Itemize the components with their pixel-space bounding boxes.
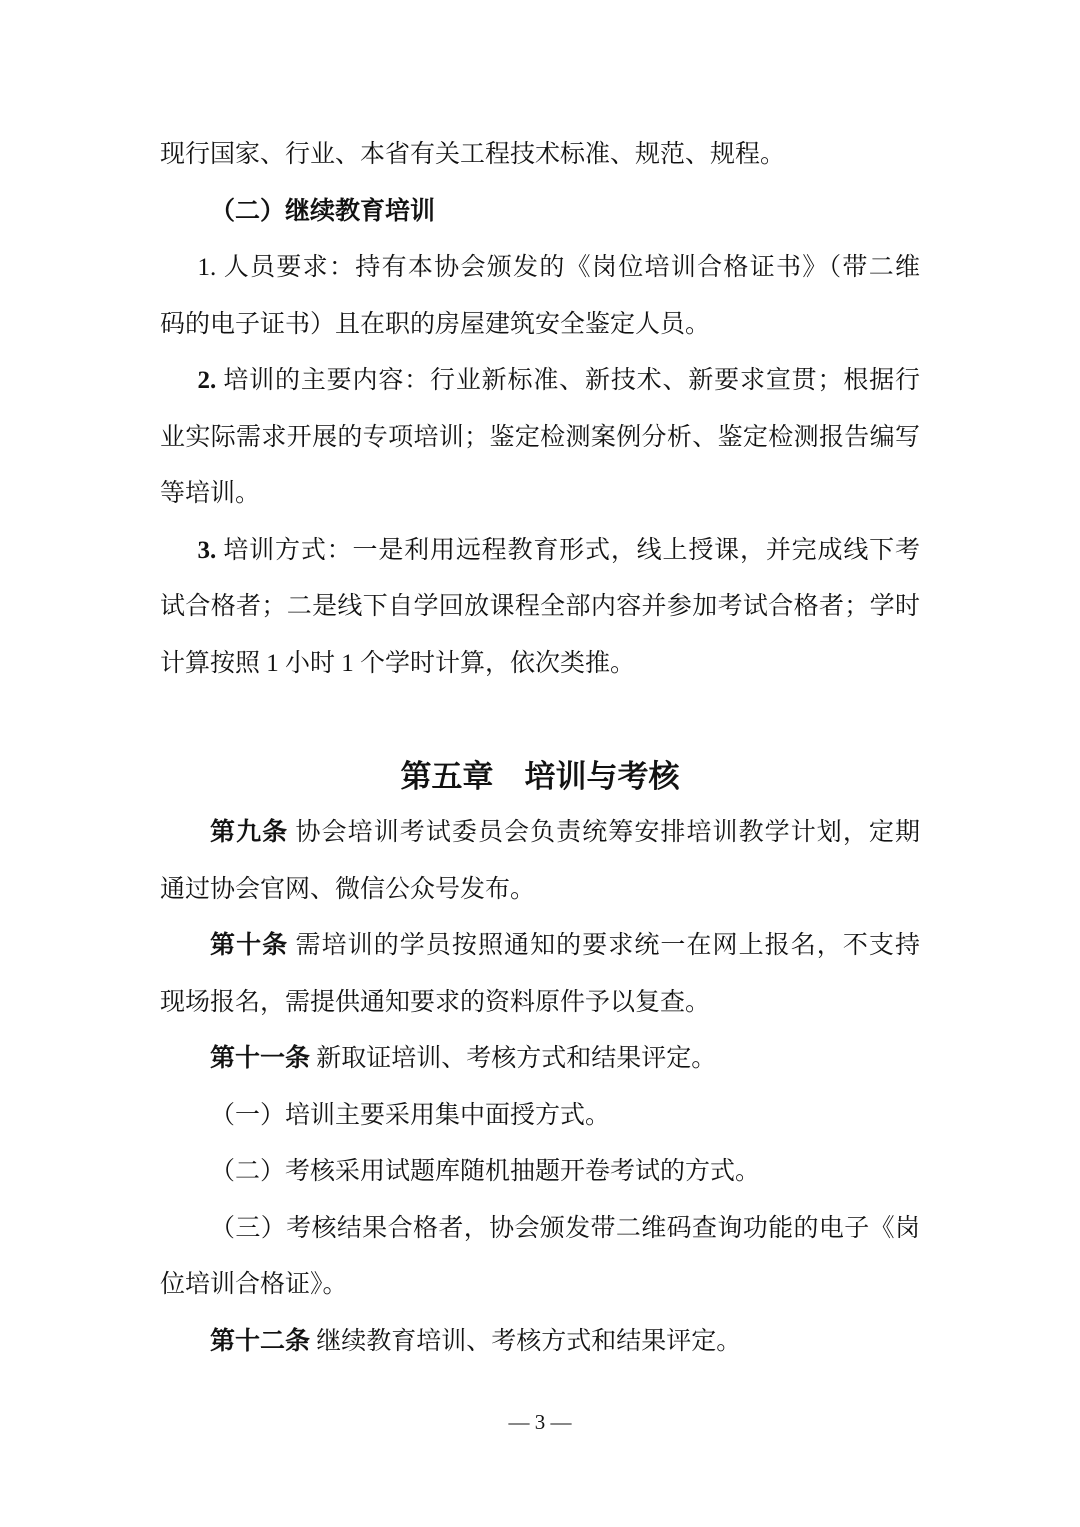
page-number: — 3 — [509, 1410, 572, 1434]
text-segment: 试合格者；二是线下自学回放课程全部内容并参加考试合格者；学时 [160, 593, 920, 620]
text-line-16: 现场报名，需提供通知要求的资料原件予以复查。 [160, 975, 920, 1032]
text-line-4: 码的电子证书）且在职的房屋建筑安全鉴定人员。 [160, 297, 920, 354]
text-segment: 位培训合格证》。 [160, 1271, 348, 1298]
page-footer: — 3 — [0, 1410, 1080, 1435]
text-line-7: 等培训。 [160, 466, 920, 523]
bold-text-segment: 第十条 [210, 932, 288, 959]
text-segment: 业实际需求开展的专项培训；鉴定检测案例分析、鉴定检测报告编写 [160, 424, 920, 451]
text-segment: （三）考核结果合格者，协会颁发带二维码查询功能的电子《岗 [210, 1215, 920, 1242]
text-line-5: 2. 培训的主要内容：行业新标准、新技术、新要求宣贯；根据行 [160, 353, 920, 410]
bold-text-segment: 第十一条 [210, 1045, 310, 1072]
text-segment: 培训方式：一是利用远程教育形式，线上授课，并完成线下考 [216, 537, 920, 564]
text-segment: 码的电子证书）且在职的房屋建筑安全鉴定人员。 [160, 311, 710, 338]
text-line-15: 第十条 需培训的学员按照通知的要求统一在网上报名，不支持 [160, 918, 920, 975]
text-line-9: 试合格者；二是线下自学回放课程全部内容并参加考试合格者；学时 [160, 579, 920, 636]
text-line-6: 业实际需求开展的专项培训；鉴定检测案例分析、鉴定检测报告编写 [160, 410, 920, 467]
text-segment: 培训的主要内容：行业新标准、新技术、新要求宣贯；根据行 [216, 367, 920, 394]
text-segment: 1. 人员要求：持有本协会颁发的《岗位培训合格证书》（带二维 [198, 254, 921, 281]
text-segment: （二）考核采用试题库随机抽题开卷考试的方式。 [210, 1158, 760, 1185]
text-line-18: （一）培训主要采用集中面授方式。 [160, 1088, 920, 1145]
text-line-22: 第十二条 继续教育培训、考核方式和结果评定。 [160, 1314, 920, 1371]
bold-text-segment: 3. [198, 537, 217, 564]
text-block: 现行国家、行业、本省有关工程技术标准、规范、规程。（二）继续教育培训1. 人员要… [160, 127, 920, 1370]
bold-text-segment: 第九条 [210, 819, 288, 846]
text-line-21: 位培训合格证》。 [160, 1257, 920, 1314]
text-line-14: 通过协会官网、微信公众号发布。 [160, 862, 920, 919]
bold-text-segment: 第十二条 [210, 1328, 310, 1355]
text-line-8: 3. 培训方式：一是利用远程教育形式，线上授课，并完成线下考 [160, 523, 920, 580]
text-line-19: （二）考核采用试题库随机抽题开卷考试的方式。 [160, 1144, 920, 1201]
chapter-heading: 第五章 培训与考核 [160, 749, 920, 806]
text-line-10: 计算按照 1 小时 1 个学时计算，依次类推。 [160, 636, 920, 693]
text-segment: 现行国家、行业、本省有关工程技术标准、规范、规程。 [160, 141, 785, 168]
text-segment: 现场报名，需提供通知要求的资料原件予以复查。 [160, 989, 710, 1016]
text-line-17: 第十一条 新取证培训、考核方式和结果评定。 [160, 1031, 920, 1088]
document-page: 现行国家、行业、本省有关工程技术标准、规范、规程。（二）继续教育培训1. 人员要… [0, 0, 1080, 1527]
text-line-13: 第九条 协会培训考试委员会负责统筹安排培训教学计划，定期 [160, 805, 920, 862]
text-segment: 通过协会官网、微信公众号发布。 [160, 876, 535, 903]
text-segment: 计算按照 1 小时 1 个学时计算，依次类推。 [160, 650, 635, 677]
text-segment: 继续教育培训、考核方式和结果评定。 [310, 1328, 741, 1355]
bold-text-segment: （二）继续教育培训 [210, 198, 435, 225]
blank-line [160, 692, 920, 749]
bold-text-segment: 2. [198, 367, 217, 394]
text-segment: 新取证培训、考核方式和结果评定。 [310, 1045, 716, 1072]
text-segment: 协会培训考试委员会负责统筹安排培训教学计划，定期 [288, 819, 920, 846]
bold-text-segment: 第五章 培训与考核 [401, 759, 680, 794]
text-line-3: 1. 人员要求：持有本协会颁发的《岗位培训合格证书》（带二维 [160, 240, 920, 297]
text-segment: 需培训的学员按照通知的要求统一在网上报名，不支持 [288, 932, 920, 959]
text-line-20: （三）考核结果合格者，协会颁发带二维码查询功能的电子《岗 [160, 1201, 920, 1258]
text-segment: 等培训。 [160, 480, 260, 507]
text-segment: （一）培训主要采用集中面授方式。 [210, 1102, 610, 1129]
text-line-2: （二）继续教育培训 [160, 184, 920, 241]
text-line-1: 现行国家、行业、本省有关工程技术标准、规范、规程。 [160, 127, 920, 184]
